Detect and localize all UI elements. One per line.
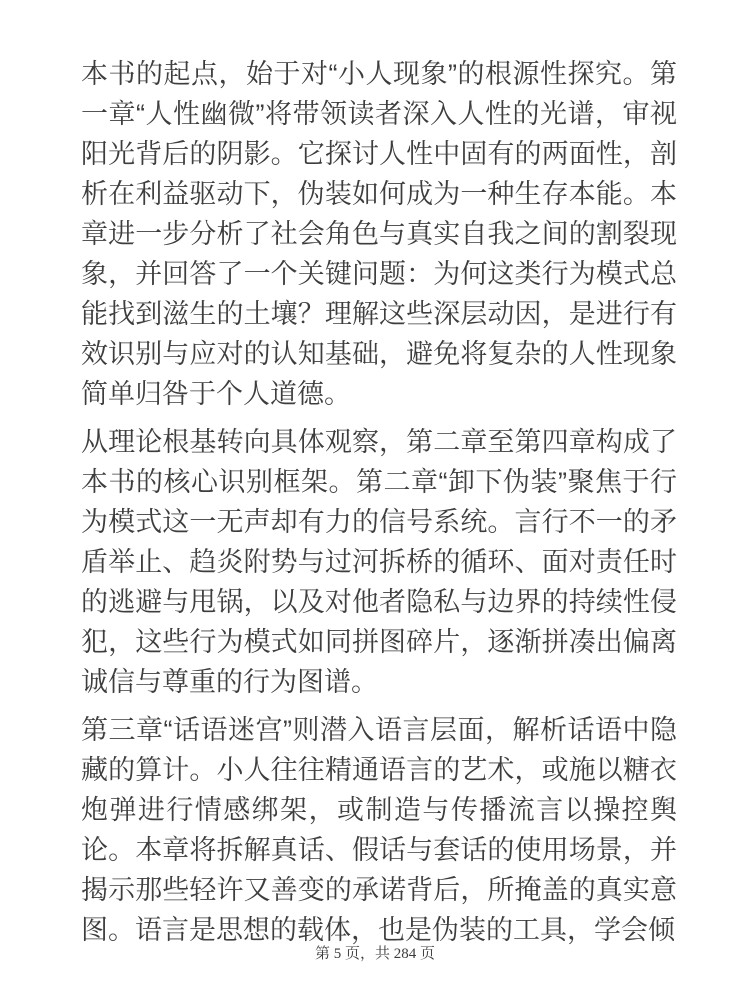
paragraph: 本书的起点，始于对“小人现象”的根源性探究。第一章“人性幽微”将带领读者深入人性… [81,54,677,414]
page-content: 本书的起点，始于对“小人现象”的根源性探究。第一章“人性幽微”将带领读者深入人性… [81,54,677,958]
page-footer: 第 5 页，共 284 页 [0,943,750,965]
paragraph: 从理论根基转向具体观察，第二章至第四章构成了本书的核心识别框架。第二章“卸下伪装… [81,422,677,702]
page-number-label: 第 5 页，共 284 页 [315,946,435,962]
document-page: 本书的起点，始于对“小人现象”的根源性探究。第一章“人性幽微”将带领读者深入人性… [0,0,750,1000]
paragraph: 第三章“话语迷宫”则潜入语言层面，解析话语中隐藏的算计。小人往往精通语言的艺术，… [81,710,677,950]
